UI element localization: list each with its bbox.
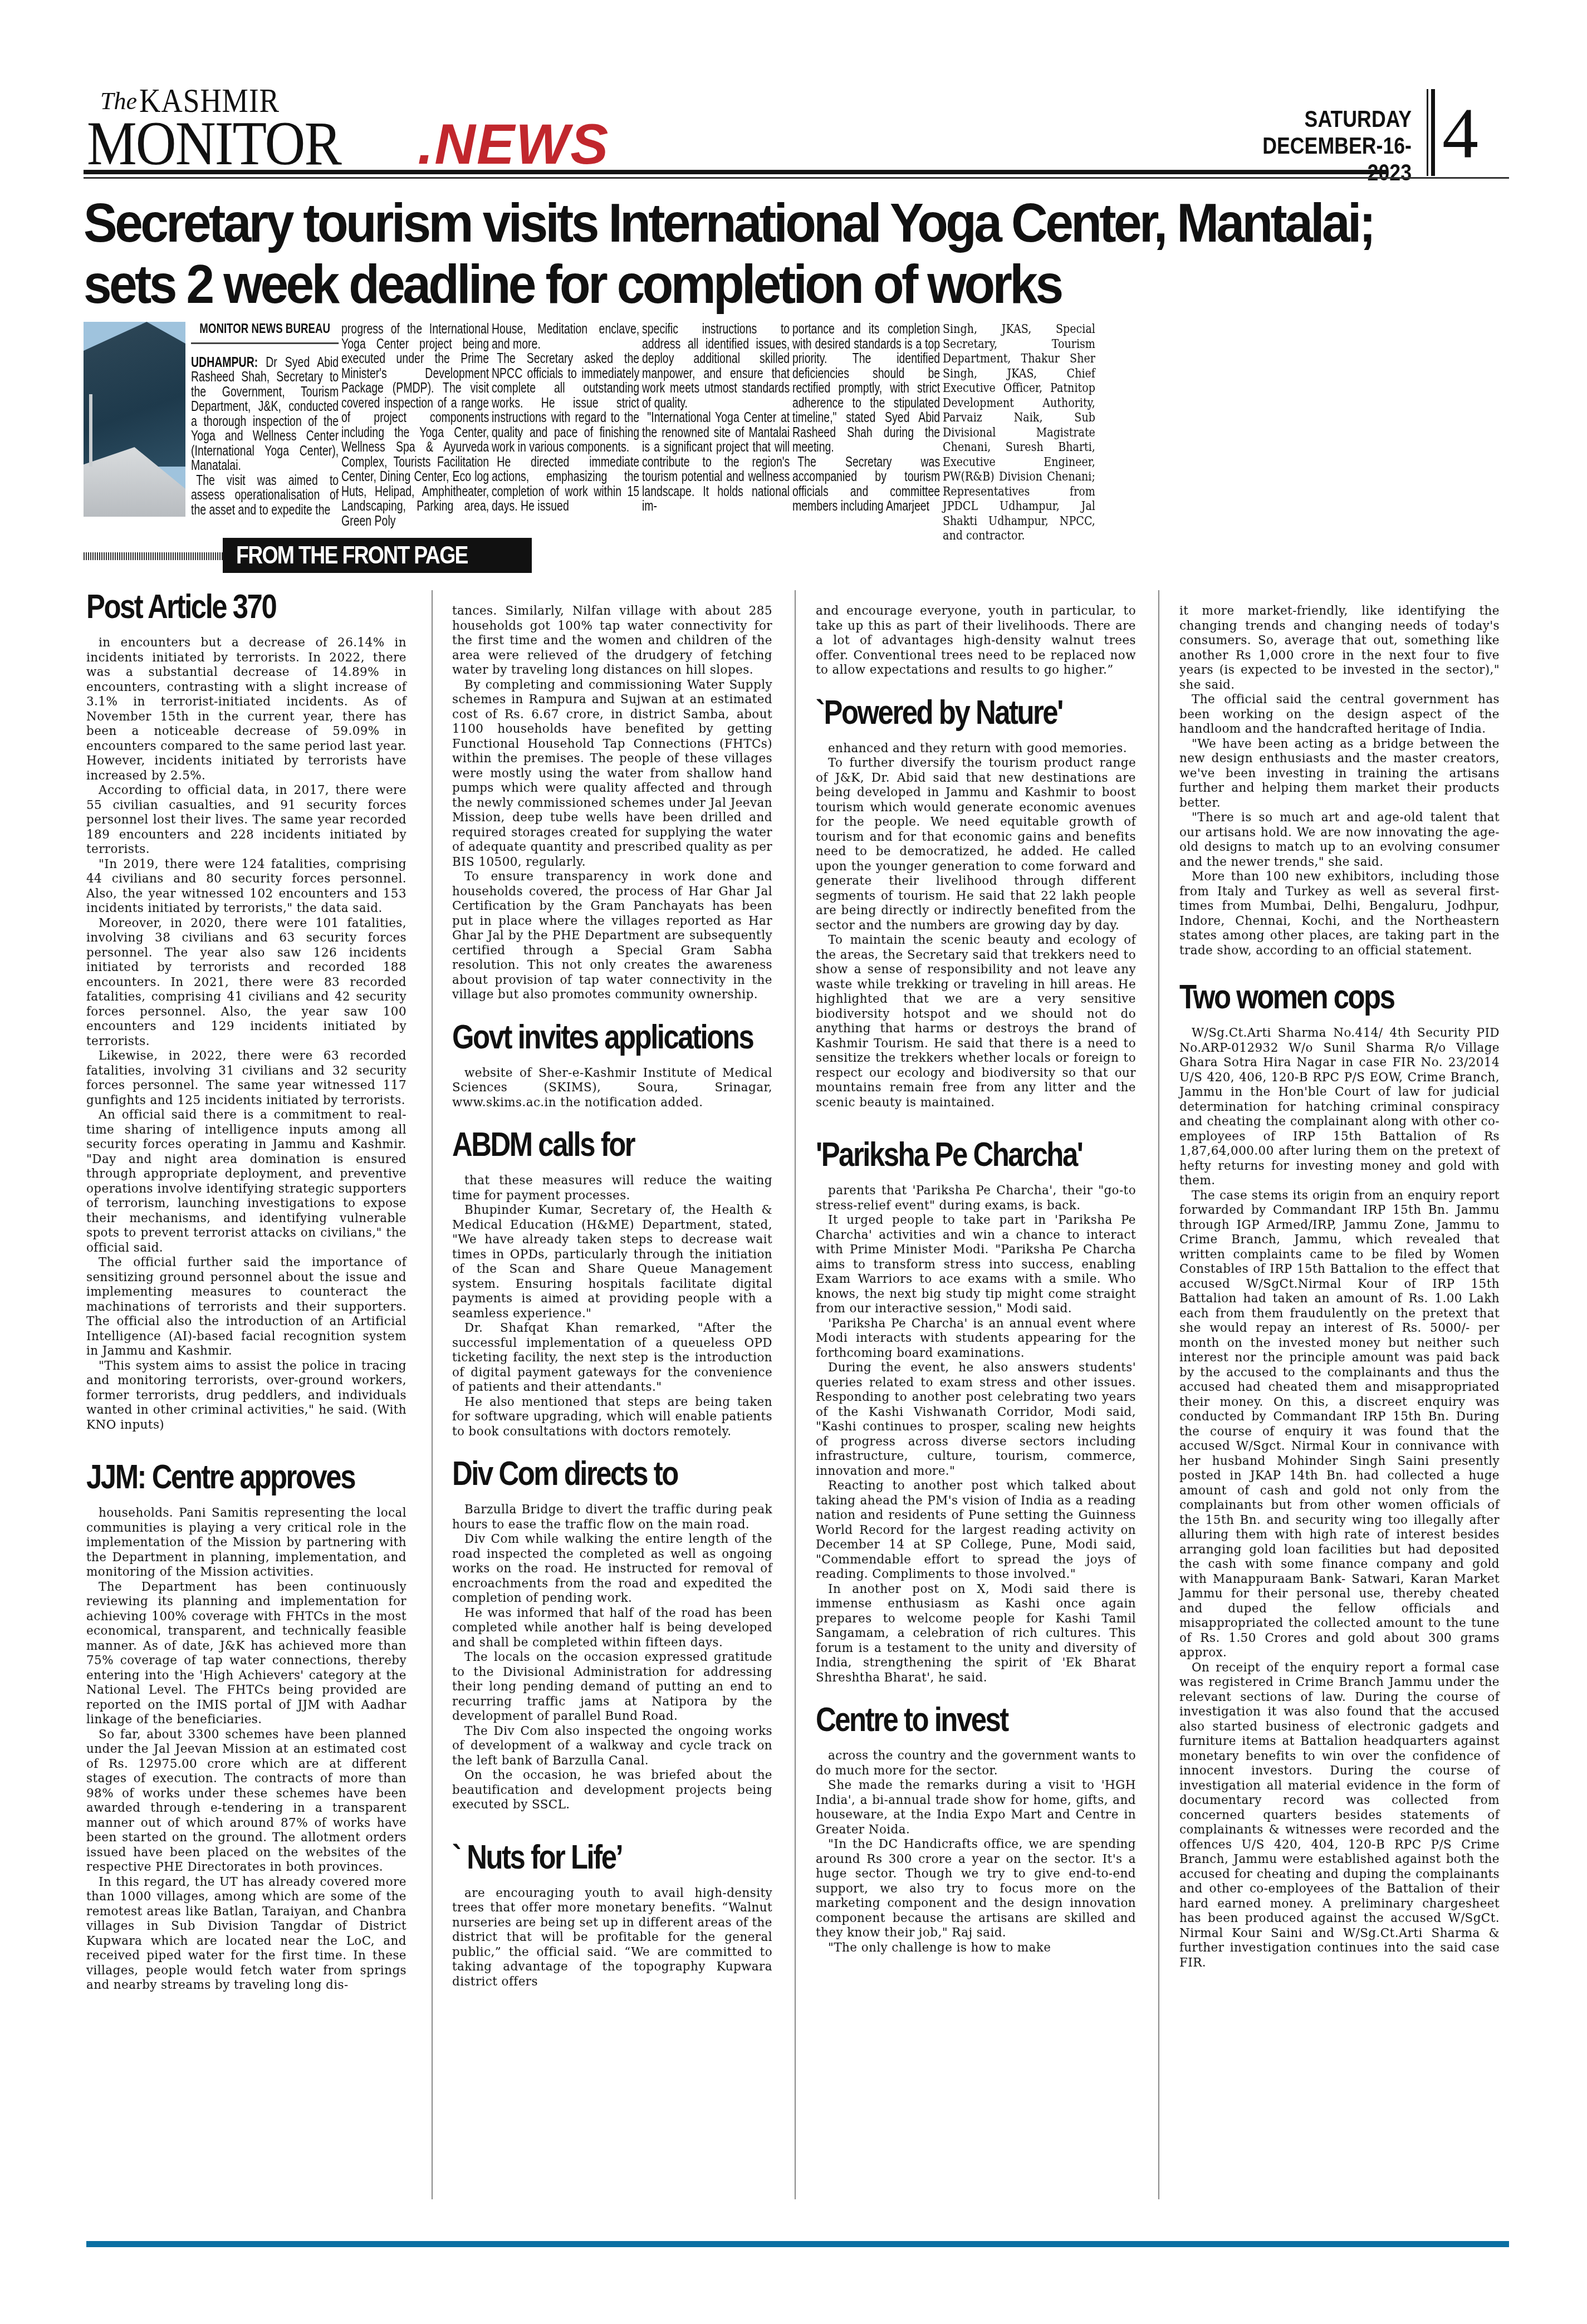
- story-paragraph: and encourage everyone, youth in particu…: [816, 604, 1136, 678]
- story-paragraph: 'Pariksha Pe Charcha' is an annual event…: [816, 1317, 1136, 1361]
- story-headline: Post Article 370: [86, 585, 349, 629]
- lead-column-5: portance and its completion with desired…: [792, 322, 940, 514]
- lead-paragraph: The visit was aimed to assess operationa…: [191, 473, 339, 518]
- lead-paragraph: He directed immediate actions, emphasizi…: [492, 454, 639, 514]
- story-govt-invites-applications: Govt invites applications website of She…: [452, 1015, 772, 1111]
- story-dateline: UDHAMPUR:: [191, 355, 258, 370]
- lead-paragraph: Singh, JKAS, Special Secretary, Tourism …: [943, 322, 1095, 543]
- story-headline: JJM: Centre approves: [86, 1455, 349, 1499]
- story-paragraph: To further diversify the tourism product…: [816, 756, 1136, 933]
- story-paragraph: He also mentioned that steps are being t…: [452, 1395, 772, 1440]
- story-paragraph: Bhupinder Kumar, Secretary of, the Healt…: [452, 1203, 772, 1321]
- story-headline: ` Nuts for Life’: [452, 1835, 715, 1880]
- story-paragraph: "We have been acting as a bridge between…: [1179, 737, 1500, 811]
- lead-story-body: MONITOR NEWS BUREAU UDHAMPUR: Dr Syed Ab…: [191, 322, 1509, 525]
- story-paragraph: It urged people to take part in 'Pariksh…: [816, 1213, 1136, 1317]
- story-powered-by-nature: `Powered by Nature' enhanced and they re…: [816, 690, 1136, 1111]
- story-paragraph: "In the DC Handicrafts office, we are sp…: [816, 1837, 1136, 1941]
- story-paragraph: Dr. Shafqat Khan remarked, "After the su…: [452, 1321, 772, 1395]
- lead-paragraph: progress of the International Yoga Cente…: [341, 321, 489, 529]
- story-paragraph: An official said there is a commitment t…: [86, 1108, 406, 1256]
- photo-lamp-post: [89, 394, 92, 467]
- story-headline: Govt invites applications: [452, 1015, 715, 1060]
- lead-headline: Secretary tourism visits International Y…: [84, 192, 1409, 315]
- story-paragraph: On receipt of the enquiry report a forma…: [1179, 1661, 1500, 1971]
- story-paragraph: it more market-friendly, like identifyin…: [1179, 604, 1500, 693]
- story-centre-to-invest: Centre to invest across the country and …: [816, 1698, 1136, 1955]
- story-paragraph: To maintain the scenic beauty and ecolog…: [816, 933, 1136, 1110]
- masthead-rule-thin: [84, 177, 1509, 179]
- story-headline: Two women cops: [1179, 975, 1442, 1019]
- column-2: tances. Similarly, Nilfan village with a…: [452, 604, 772, 1989]
- story-jjm-centre-approves: JJM: Centre approves households. Pani Sa…: [86, 1455, 406, 1993]
- footer-rule: [86, 2241, 1509, 2247]
- story-headline: Div Com directs to: [452, 1452, 715, 1496]
- story-paragraph: "In 2019, there were 124 fatalities, com…: [86, 857, 406, 916]
- lead-photo: [84, 322, 185, 517]
- issue-day: SATURDAY: [1253, 106, 1412, 133]
- story-paragraph: The Div Com also inspected the ongoing w…: [452, 1724, 772, 1769]
- story-paragraph: are encouraging youth to avail high-dens…: [452, 1886, 772, 1990]
- story-div-com-directs: Div Com directs to Barzulla Bridge to di…: [452, 1452, 772, 1813]
- story-paragraph: Moreover, in 2020, there were 101 fatali…: [86, 916, 406, 1050]
- section-banner: FROM THE FRONT PAGE: [223, 538, 532, 573]
- story-paragraph: W/Sg.Ct.Arti Sharma No.414/ 4th Security…: [1179, 1026, 1500, 1189]
- column-1: Post Article 370 in encounters but a dec…: [86, 585, 406, 1993]
- logo-news: .NEWS: [418, 116, 609, 173]
- story-headline: Centre to invest: [816, 1698, 1079, 1742]
- story-pariksha-pe-charcha: 'Pariksha Pe Charcha' parents that 'Pari…: [816, 1132, 1136, 1685]
- story-paragraph: enhanced and they return with good memor…: [816, 742, 1136, 757]
- column-divider: [1158, 590, 1159, 2199]
- column-3: and encourage everyone, youth in particu…: [816, 604, 1136, 1955]
- story-paragraph: During the event, he also answers studen…: [816, 1361, 1136, 1479]
- masthead-divider: [1427, 89, 1428, 176]
- story-paragraph: The official further said the importance…: [86, 1256, 406, 1359]
- photo-building-glass: [84, 322, 185, 467]
- story-nuts-for-life: ` Nuts for Life’ are encouraging youth t…: [452, 1835, 772, 1990]
- banner-hatch-decoration: [84, 552, 223, 560]
- lead-column-4: specific instructions to address all ide…: [642, 322, 790, 514]
- story-abdm-calls-for: ABDM calls for that these measures will …: [452, 1122, 772, 1439]
- story-paragraph: Barzulla Bridge to divert the traffic du…: [452, 1503, 772, 1532]
- lead-paragraph: The Secretary asked the NPCC officials t…: [492, 351, 639, 455]
- story-headline: ABDM calls for: [452, 1122, 715, 1167]
- story-paragraph: that these measures will reduce the wait…: [452, 1174, 772, 1203]
- story-post-article-370: Post Article 370 in encounters but a dec…: [86, 585, 406, 1433]
- story-nuts-continued: and encourage everyone, youth in particu…: [816, 604, 1136, 678]
- story-paragraph: The locals on the occasion expressed gra…: [452, 1650, 772, 1724]
- masthead-rule: [84, 170, 1387, 174]
- story-paragraph: Div Com while walking the entire length …: [452, 1532, 772, 1606]
- story-paragraph: across the country and the government wa…: [816, 1749, 1136, 1778]
- story-headline: 'Pariksha Pe Charcha': [816, 1132, 1079, 1177]
- story-paragraph: On the occasion, he was briefed about th…: [452, 1768, 772, 1813]
- lead-paragraph: portance and its completion with desired…: [792, 321, 940, 455]
- story-paragraph: By completing and commissioning Water Su…: [452, 678, 772, 870]
- story-headline: `Powered by Nature': [816, 690, 1079, 735]
- story-paragraph: More than 100 new exhibitors, including …: [1179, 870, 1500, 958]
- lead-paragraph: "International Yoga Center at the renown…: [642, 410, 790, 514]
- story-paragraph: households. Pani Samitis representing th…: [86, 1506, 406, 1580]
- page-number: 4: [1442, 97, 1478, 170]
- lead-paragraph: House, Meditation enclave, and more.: [492, 321, 639, 352]
- story-paragraph: She made the remarks during a visit to '…: [816, 1778, 1136, 1837]
- story-paragraph: "There is so much art and age-old talent…: [1179, 811, 1500, 870]
- column-divider: [795, 590, 796, 2199]
- masthead-divider: [1431, 89, 1435, 176]
- story-paragraph: He was informed that half of the road ha…: [452, 1606, 772, 1651]
- story-paragraph: In another post on X, Modi said there is…: [816, 1582, 1136, 1686]
- section-banner-label: FROM THE FRONT PAGE: [236, 538, 468, 573]
- story-paragraph: website of Sher-e-Kashmir Institute of M…: [452, 1066, 772, 1111]
- story-paragraph: "This system aims to assist the police i…: [86, 1359, 406, 1433]
- story-jjm-continued: tances. Similarly, Nilfan village with a…: [452, 604, 772, 1003]
- story-two-women-cops: Two women cops W/Sg.Ct.Arti Sharma No.41…: [1179, 975, 1500, 1970]
- story-paragraph: in encounters but a decrease of 26.14% i…: [86, 636, 406, 783]
- column-4: it more market-friendly, like identifyin…: [1179, 604, 1500, 1970]
- story-paragraph: To ensure transparency in work done and …: [452, 870, 772, 1003]
- story-paragraph: Likewise, in 2022, there were 63 recorde…: [86, 1049, 406, 1108]
- lead-paragraph: Dr Syed Abid Rasheed Shah, Secretary to …: [191, 355, 339, 474]
- story-paragraph: The official said the central government…: [1179, 693, 1500, 737]
- column-divider: [432, 590, 433, 2199]
- story-centre-continued: it more market-friendly, like identifyin…: [1179, 604, 1500, 958]
- lead-column-2: progress of the International Yoga Cente…: [341, 322, 489, 528]
- story-paragraph: Reacting to another post which talked ab…: [816, 1479, 1136, 1582]
- story-paragraph: In this regard, the UT has already cover…: [86, 1875, 406, 1993]
- lead-paragraph: specific instructions to address all ide…: [642, 321, 790, 411]
- story-paragraph: parents that 'Pariksha Pe Charcha', thei…: [816, 1184, 1136, 1213]
- story-paragraph: So far, about 3300 schemes have been pla…: [86, 1728, 406, 1875]
- lead-column-1: MONITOR NEWS BUREAU UDHAMPUR: Dr Syed Ab…: [191, 322, 339, 517]
- lead-column-6: Singh, JKAS, Special Secretary, Tourism …: [943, 322, 1095, 543]
- lead-column-3: House, Meditation enclave, and more. The…: [492, 322, 639, 514]
- story-paragraph: tances. Similarly, Nilfan village with a…: [452, 604, 772, 678]
- logo-monitor: MONITOR: [87, 112, 341, 175]
- lead-paragraph: The Secretary was accompanied by tourism…: [792, 454, 940, 514]
- story-paragraph: The case stems its origin from an enquir…: [1179, 1189, 1500, 1661]
- story-paragraph: "The only challenge is how to make: [816, 1941, 1136, 1956]
- story-paragraph: The Department has been continuously rev…: [86, 1580, 406, 1728]
- story-paragraph: According to official data, in 2017, the…: [86, 783, 406, 857]
- byline: MONITOR NEWS BUREAU: [191, 322, 339, 344]
